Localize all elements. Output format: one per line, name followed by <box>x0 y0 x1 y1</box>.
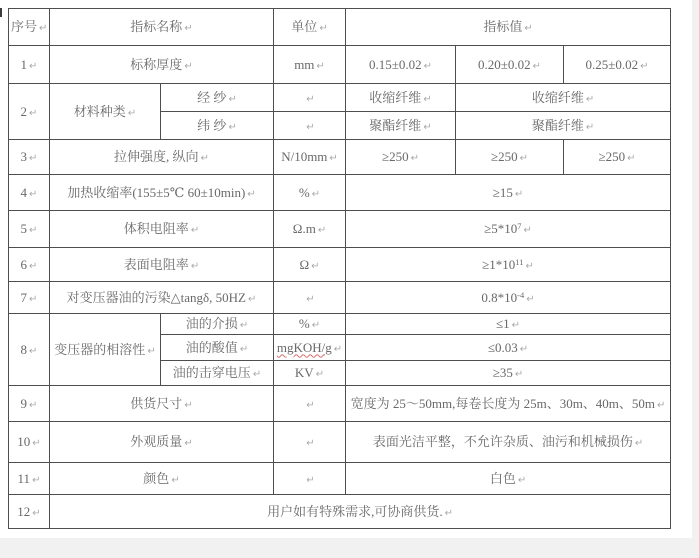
end-of-cell-mark: ↵ <box>586 94 594 105</box>
value-cell: ≤0.03↵ <box>346 335 671 361</box>
sub-indicator-cell: 经 纱↵ <box>161 84 274 112</box>
cell-text: ≤1 <box>496 316 510 331</box>
cell-text: 10 <box>17 434 30 449</box>
end-of-cell-mark: ↵ <box>424 61 432 72</box>
cell-text: 白色 <box>490 471 516 486</box>
end-of-cell-mark: ↵ <box>248 294 256 305</box>
cell-text: ≥250 <box>599 149 626 164</box>
end-of-cell-mark: ↵ <box>201 153 209 164</box>
sub-indicator-cell: 油的介损↵ <box>161 314 274 335</box>
window-edge-bottom <box>0 538 699 558</box>
header-value-cell: 指标值↵ <box>346 9 671 46</box>
end-of-cell-mark: ↵ <box>423 94 431 105</box>
end-of-cell-mark: ↵ <box>316 61 324 72</box>
value-cell: ≥5*107↵ <box>346 211 671 248</box>
value-cell: ≥35↵ <box>346 361 671 386</box>
row-number-cell: 12↵ <box>9 495 50 529</box>
cell-text: 用户如有特殊需求,可协商供货. <box>267 504 443 519</box>
end-of-cell-mark: ↵ <box>533 61 541 72</box>
indicator-name-cell: 供货尺寸↵ <box>50 386 274 422</box>
cell-text: 7 <box>21 290 28 305</box>
end-of-cell-mark: ↵ <box>191 225 199 236</box>
cell-text: 油的介损 <box>186 316 238 331</box>
value-cell: 聚酯纤维↵ <box>346 112 456 140</box>
end-of-cell-mark: ↵ <box>29 346 37 357</box>
table-row-9: 9↵ 供货尺寸↵ ↵ 宽度为 25～50mm,每卷长度为 25m、30m、40m… <box>9 386 671 422</box>
end-of-cell-mark: ↵ <box>586 122 594 133</box>
unit-cell: mgKOH/g↵ <box>274 335 346 361</box>
row-number-cell: 11↵ <box>9 463 50 495</box>
end-of-cell-mark: ↵ <box>520 344 528 355</box>
value-cell: ≥250↵ <box>346 140 456 175</box>
end-of-cell-mark: ↵ <box>184 61 192 72</box>
indicator-name-cell: 拉伸强度, 纵向↵ <box>50 140 274 175</box>
end-of-cell-mark: ↵ <box>311 261 319 272</box>
indicator-name-cell: 体积电阻率↵ <box>50 211 274 248</box>
cell-text-spellchecked: mgKOH/g <box>277 340 332 355</box>
end-of-cell-mark: ↵ <box>228 94 236 105</box>
cell-text: 11 <box>18 471 31 486</box>
row-number-cell: 1↵ <box>9 46 50 84</box>
end-of-cell-mark: ↵ <box>306 438 314 449</box>
unit-cell: %↵ <box>274 175 346 211</box>
end-of-cell-mark: ↵ <box>445 508 453 519</box>
row-number-cell: 5↵ <box>9 211 50 248</box>
cell-text: 标称厚度 <box>130 57 182 72</box>
exponent-text: 7 <box>517 221 521 231</box>
cell-text: ≥250 <box>382 149 409 164</box>
cell-text: 对变压器油的污染△tangδ, 50HZ <box>67 290 246 305</box>
cell-text: 加热收缩率(155±5℃ 60±10min) <box>67 185 245 200</box>
end-of-cell-mark: ↵ <box>29 400 37 411</box>
end-of-cell-mark: ↵ <box>520 153 528 164</box>
cell-text: ≤0.03 <box>488 340 518 355</box>
end-of-cell-mark: ↵ <box>316 369 324 380</box>
table-row-3: 3↵ 拉伸强度, 纵向↵ N/10mm↵ ≥250↵ ≥250↵ ≥250↵ <box>9 140 671 175</box>
value-cell: ≤1↵ <box>346 314 671 335</box>
value-cell: 收缩纤维↵ <box>456 84 671 112</box>
value-cell: 0.15±0.02↵ <box>346 46 456 84</box>
cell-text: 2 <box>21 104 28 119</box>
row-number-cell: 4↵ <box>9 175 50 211</box>
cell-text: 9 <box>21 396 28 411</box>
header-name-cell: 指标名称↵ <box>50 9 274 46</box>
value-cell: 0.8*10-4↵ <box>346 282 671 314</box>
cell-text: 体积电阻率 <box>124 221 189 236</box>
unit-cell: KV↵ <box>274 361 346 386</box>
header-unit-cell: 单位↵ <box>274 9 346 46</box>
cell-text: 12 <box>17 504 30 519</box>
unit-cell: ↵ <box>274 112 346 140</box>
row-number-cell: 6↵ <box>9 248 50 282</box>
cell-text: 序号 <box>11 19 37 34</box>
exponent-text: 11 <box>515 257 523 267</box>
value-cell: 0.20±0.02↵ <box>456 46 564 84</box>
cell-text: 6 <box>21 257 28 272</box>
end-of-cell-mark: ↵ <box>247 189 255 200</box>
value-cell: ≥250↵ <box>564 140 671 175</box>
end-of-cell-mark: ↵ <box>306 294 314 305</box>
sub-indicator-cell: 油的击穿电压↵ <box>161 361 274 386</box>
header-row: 序号↵ 指标名称↵ 单位↵ 指标值↵ <box>9 9 671 46</box>
cell-text: 0.25±0.02 <box>586 57 639 72</box>
table-row-1: 1↵ 标称厚度↵ mm↵ 0.15±0.02↵ 0.20±0.02↵ 0.25±… <box>9 46 671 84</box>
cell-text: 外观质量 <box>130 434 182 449</box>
cell-text: KV <box>295 365 314 380</box>
end-of-cell-mark: ↵ <box>184 23 192 34</box>
unit-cell: Ω.m↵ <box>274 211 346 248</box>
table-row-5: 5↵ 体积电阻率↵ Ω.m↵ ≥5*107↵ <box>9 211 671 248</box>
end-of-cell-mark: ↵ <box>253 369 261 380</box>
end-of-cell-mark: ↵ <box>32 508 40 519</box>
cell-text: 0.20±0.02 <box>478 57 531 72</box>
value-cell: ≥15↵ <box>346 175 671 211</box>
cell-text: 供货尺寸 <box>130 396 182 411</box>
end-of-cell-mark: ↵ <box>312 320 320 331</box>
end-of-cell-mark: ↵ <box>515 369 523 380</box>
end-of-cell-mark: ↵ <box>319 23 327 34</box>
cell-text: 聚酯纤维 <box>532 118 584 133</box>
end-of-cell-mark: ↵ <box>228 122 236 133</box>
table-row-8a: 8↵ 变压器的相溶性↵ 油的介损↵ %↵ ≤1↵ <box>9 314 671 335</box>
end-of-cell-mark: ↵ <box>29 189 37 200</box>
unit-cell: ↵ <box>274 84 346 112</box>
end-of-cell-mark: ↵ <box>306 400 314 411</box>
indicator-name-cell: 变压器的相溶性↵ <box>50 314 161 386</box>
end-of-cell-mark: ↵ <box>29 108 37 119</box>
cell-text: 指标名称 <box>130 19 182 34</box>
cell-text: 4 <box>21 185 28 200</box>
cell-text: 8 <box>21 342 28 357</box>
document-page: 序号↵ 指标名称↵ 单位↵ 指标值↵ 1↵ 标称厚度↵ mm↵ 0.15±0.0… <box>0 0 699 558</box>
end-of-cell-mark: ↵ <box>515 189 523 200</box>
end-of-cell-mark: ↵ <box>525 261 533 272</box>
spec-table: 序号↵ 指标名称↵ 单位↵ 指标值↵ 1↵ 标称厚度↵ mm↵ 0.15±0.0… <box>8 8 671 529</box>
cell-text: 0.15±0.02 <box>369 57 422 72</box>
cell-text: 变压器的相溶性 <box>54 342 145 357</box>
end-of-cell-mark: ↵ <box>32 438 40 449</box>
cell-text: 油的酸值 <box>186 340 238 355</box>
text-cursor <box>0 8 2 17</box>
end-of-cell-mark: ↵ <box>240 344 248 355</box>
unit-cell: ↵ <box>274 422 346 463</box>
end-of-cell-mark: ↵ <box>411 153 419 164</box>
end-of-cell-mark: ↵ <box>640 61 648 72</box>
table-row-12: 12↵ 用户如有特殊需求,可协商供货.↵ <box>9 495 671 529</box>
end-of-cell-mark: ↵ <box>29 225 37 236</box>
end-of-cell-mark: ↵ <box>657 400 665 411</box>
end-of-cell-mark: ↵ <box>29 61 37 72</box>
unit-cell: ↵ <box>274 463 346 495</box>
end-of-cell-mark: ↵ <box>29 294 37 305</box>
value-cell: 宽度为 25～50mm,每卷长度为 25m、30m、40m、50m↵ <box>346 386 671 422</box>
value-cell: 白色↵ <box>346 463 671 495</box>
end-of-cell-mark: ↵ <box>184 438 192 449</box>
end-of-cell-mark: ↵ <box>39 23 47 34</box>
indicator-name-cell: 加热收缩率(155±5℃ 60±10min)↵ <box>50 175 274 211</box>
cell-text: 单位 <box>291 19 317 34</box>
unit-cell: N/10mm↵ <box>274 140 346 175</box>
row-number-cell: 3↵ <box>9 140 50 175</box>
value-cell: 收缩纤维↵ <box>346 84 456 112</box>
cell-text: 油的击穿电压 <box>173 365 251 380</box>
cell-text: 表面光洁平整，不允许杂质、油污和机械损伤 <box>373 434 633 449</box>
end-of-cell-mark: ↵ <box>334 344 342 355</box>
end-of-cell-mark: ↵ <box>171 475 179 486</box>
cell-text: 0.8*10 <box>481 290 517 305</box>
cell-text: ≥35 <box>493 365 513 380</box>
cell-text: Ω.m <box>293 221 316 236</box>
indicator-name-cell: 外观质量↵ <box>50 422 274 463</box>
cell-text: 纬 纱 <box>197 118 226 133</box>
indicator-name-cell: 表面电阻率↵ <box>50 248 274 282</box>
end-of-cell-mark: ↵ <box>518 475 526 486</box>
cell-text: 收缩纤维 <box>369 90 421 105</box>
cell-text: 材料种类 <box>74 104 126 119</box>
cell-text: N/10mm <box>281 149 327 164</box>
cell-text: % <box>299 316 310 331</box>
end-of-cell-mark: ↵ <box>128 108 136 119</box>
end-of-cell-mark: ↵ <box>423 122 431 133</box>
row-number-cell: 2↵ <box>9 84 50 140</box>
cell-text: 5 <box>21 221 28 236</box>
end-of-cell-mark: ↵ <box>524 23 532 34</box>
table-row-7: 7↵ 对变压器油的污染△tangδ, 50HZ↵ ↵ 0.8*10-4↵ <box>9 282 671 314</box>
end-of-cell-mark: ↵ <box>32 475 40 486</box>
end-of-cell-mark: ↵ <box>306 475 314 486</box>
table-row-10: 10↵ 外观质量↵ ↵ 表面光洁平整，不允许杂质、油污和机械损伤↵ <box>9 422 671 463</box>
end-of-cell-mark: ↵ <box>306 122 314 133</box>
cell-text: Ω <box>299 257 309 272</box>
unit-cell: mm↵ <box>274 46 346 84</box>
header-no-cell: 序号↵ <box>9 9 50 46</box>
end-of-cell-mark: ↵ <box>627 153 635 164</box>
sub-indicator-cell: 油的酸值↵ <box>161 335 274 361</box>
window-edge-right <box>692 0 699 558</box>
note-cell: 用户如有特殊需求,可协商供货.↵ <box>50 495 671 529</box>
end-of-cell-mark: ↵ <box>306 94 314 105</box>
end-of-cell-mark: ↵ <box>526 294 534 305</box>
cell-text: 指标值 <box>483 19 522 34</box>
cell-text: 3 <box>21 149 28 164</box>
table-row-6: 6↵ 表面电阻率↵ Ω↵ ≥1*1011↵ <box>9 248 671 282</box>
end-of-cell-mark: ↵ <box>191 261 199 272</box>
end-of-cell-mark: ↵ <box>184 400 192 411</box>
value-cell: 聚酯纤维↵ <box>456 112 671 140</box>
cell-text: 拉伸强度, 纵向 <box>114 149 199 164</box>
row-number-cell: 9↵ <box>9 386 50 422</box>
cell-text: 颜色 <box>143 471 169 486</box>
end-of-cell-mark: ↵ <box>524 225 532 236</box>
end-of-cell-mark: ↵ <box>240 320 248 331</box>
indicator-name-cell: 标称厚度↵ <box>50 46 274 84</box>
value-cell: ≥1*1011↵ <box>346 248 671 282</box>
indicator-name-cell: 对变压器油的污染△tangδ, 50HZ↵ <box>50 282 274 314</box>
end-of-cell-mark: ↵ <box>318 225 326 236</box>
cell-text: 宽度为 25～50mm,每卷长度为 25m、30m、40m、50m <box>351 396 655 411</box>
end-of-cell-mark: ↵ <box>329 153 337 164</box>
cell-text: 聚酯纤维 <box>369 118 421 133</box>
unit-cell: Ω↵ <box>274 248 346 282</box>
indicator-name-cell: 颜色↵ <box>50 463 274 495</box>
cell-text: ≥15 <box>493 185 513 200</box>
value-cell: ≥250↵ <box>456 140 564 175</box>
row-number-cell: 10↵ <box>9 422 50 463</box>
cell-text: ≥5*10 <box>484 221 517 236</box>
table-row-4: 4↵ 加热收缩率(155±5℃ 60±10min)↵ %↵ ≥15↵ <box>9 175 671 211</box>
end-of-cell-mark: ↵ <box>29 153 37 164</box>
sub-indicator-cell: 纬 纱↵ <box>161 112 274 140</box>
value-cell: 0.25±0.02↵ <box>564 46 671 84</box>
table-row-2a: 2↵ 材料种类↵ 经 纱↵ ↵ 收缩纤维↵ 收缩纤维↵ <box>9 84 671 112</box>
cell-text: ≥250 <box>491 149 518 164</box>
cell-text: ≥1*10 <box>482 257 515 272</box>
cell-text: 表面电阻率 <box>124 257 189 272</box>
value-cell: 表面光洁平整，不允许杂质、油污和机械损伤↵ <box>346 422 671 463</box>
cell-text: 经 纱 <box>197 90 226 105</box>
end-of-cell-mark: ↵ <box>312 189 320 200</box>
end-of-cell-mark: ↵ <box>147 346 155 357</box>
cell-text: mm <box>294 57 314 72</box>
row-number-cell: 7↵ <box>9 282 50 314</box>
indicator-name-cell: 材料种类↵ <box>50 84 161 140</box>
unit-cell: ↵ <box>274 282 346 314</box>
end-of-cell-mark: ↵ <box>512 320 520 331</box>
exponent-text: -4 <box>517 290 524 300</box>
unit-cell: %↵ <box>274 314 346 335</box>
cell-text: % <box>299 185 310 200</box>
row-number-cell: 8↵ <box>9 314 50 386</box>
cell-text: 1 <box>21 57 28 72</box>
end-of-cell-mark: ↵ <box>29 261 37 272</box>
end-of-cell-mark: ↵ <box>635 438 643 449</box>
unit-cell: ↵ <box>274 386 346 422</box>
table-row-11: 11↵ 颜色↵ ↵ 白色↵ <box>9 463 671 495</box>
cell-text: 收缩纤维 <box>532 90 584 105</box>
